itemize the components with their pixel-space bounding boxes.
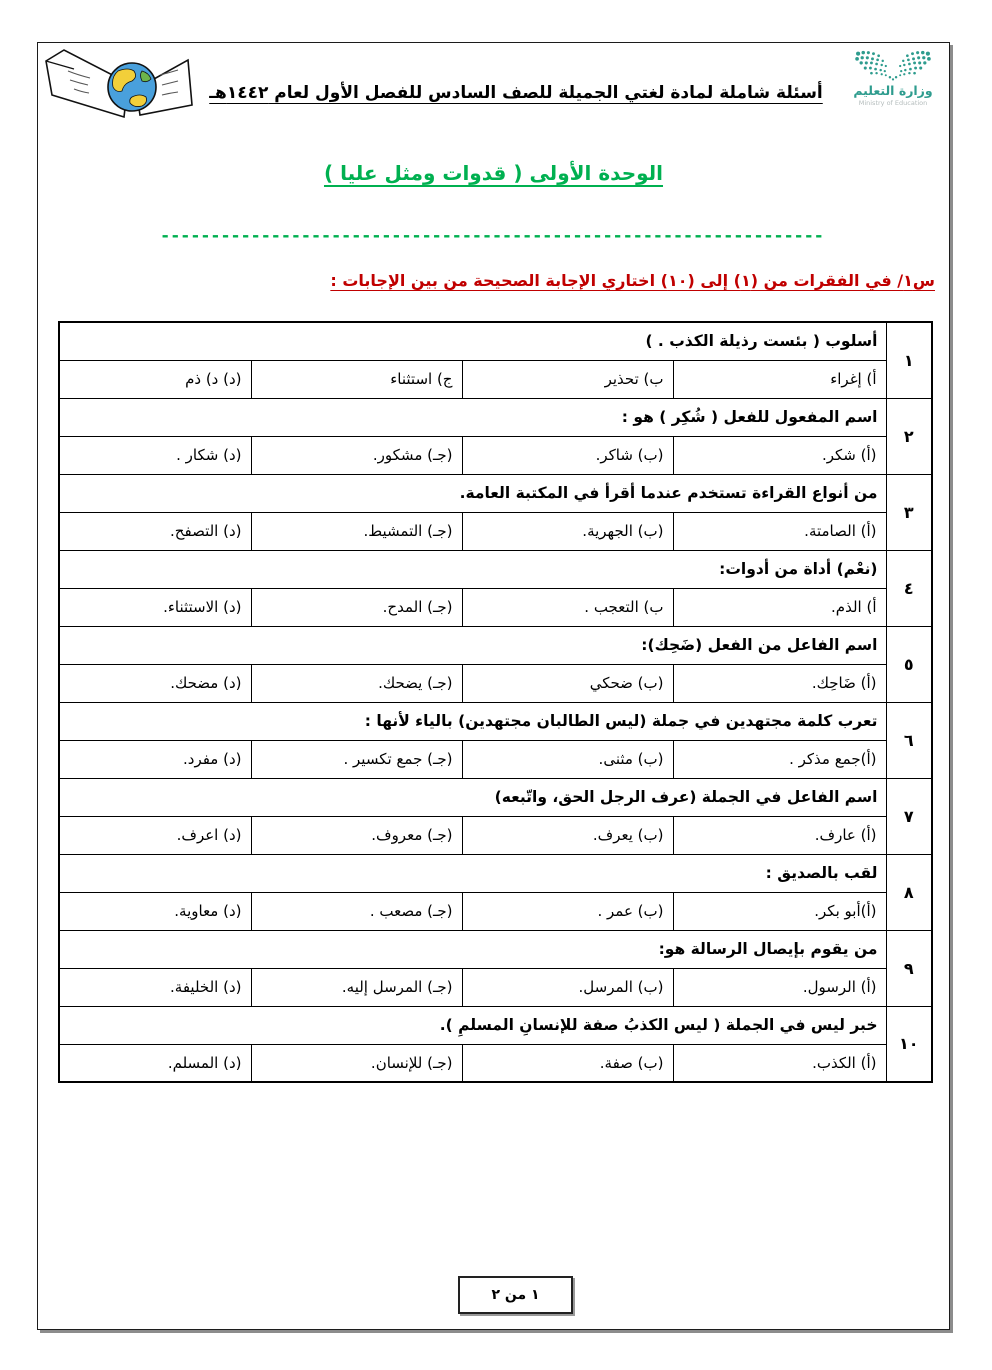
divider-dashes: ----------------------------------------… <box>38 226 949 246</box>
answer-option: (جـ) مصعب . <box>251 892 462 930</box>
unit-title: الوحدة الأولى ( قدوات ومثل عليا ) <box>38 161 949 185</box>
options-row: (أ) الرسول.(ب) المرسل.(جـ) المرسل إليه.(… <box>59 968 932 1006</box>
answer-option: (ب) مثنى. <box>462 740 673 778</box>
ministry-name-arabic: وزارة التعليم <box>845 83 941 99</box>
question-text: اسم الفاعل من الفعل (ضَحِك): <box>59 626 886 664</box>
options-row: (أ) عارف.(ب) يعرف.(جـ) معروف.(د) اعرف. <box>59 816 932 854</box>
answer-option: (ب) عمر . <box>462 892 673 930</box>
answer-option: (جـ) معروف. <box>251 816 462 854</box>
answer-option: (أ)جمع مذكر . <box>673 740 886 778</box>
document-title: أسئلة شاملة لمادة لغتي الجميلة للصف السا… <box>178 83 854 103</box>
question-number: ٨ <box>886 854 932 930</box>
answer-option: (جـ) المرسل إليه. <box>251 968 462 1006</box>
options-row: (أ) ضَاحِك.(ب) ضحكي(جـ) يضحك.(د) مضحك. <box>59 664 932 702</box>
questions-table: ١أسلوب ( بئست رذيلة الكذب . )أ) إغراءب) … <box>58 321 933 1083</box>
answer-option: (ب) صفة. <box>462 1044 673 1082</box>
options-row: (أ)جمع مذكر .(ب) مثنى.(جـ) جمع تكسير .(د… <box>59 740 932 778</box>
question-text: لقب بالصديق : <box>59 854 886 892</box>
answer-option: (د) مضحك. <box>59 664 251 702</box>
question-number: ٢ <box>886 398 932 474</box>
question-row: ٢اسم المفعول للفعل ( شُكِر ) هو : <box>59 398 932 436</box>
answer-option: (د) الخليفة. <box>59 968 251 1006</box>
page-number-label: ١ من ٢ <box>491 1287 539 1303</box>
options-row: أ) إغراءب) تحذيرج) استثناء(د) د) ذم <box>59 360 932 398</box>
answer-option: (جـ) التمشيط. <box>251 512 462 550</box>
question-row: ١أسلوب ( بئست رذيلة الكذب . ) <box>59 322 932 360</box>
question-row: ٩من يقوم بإيصال الرسالة هو: <box>59 930 932 968</box>
moe-dotted-emblem-icon <box>854 49 932 83</box>
answer-option: (أ) عارف. <box>673 816 886 854</box>
question-row: ٧اسم الفاعل في الجملة (عرف الرجل الحق، و… <box>59 778 932 816</box>
page-number-box: ١ من ٢ <box>458 1276 573 1314</box>
answer-option: (د) المسلم. <box>59 1044 251 1082</box>
answer-option: (جـ) يضحك. <box>251 664 462 702</box>
question-text: (نعْم) أداة من أدوات: <box>59 550 886 588</box>
ministry-of-education-logo: وزارة التعليم Ministry of Education <box>845 49 941 108</box>
question-number: ١٠ <box>886 1006 932 1082</box>
question-number: ١ <box>886 322 932 398</box>
question-number: ٧ <box>886 778 932 854</box>
answer-option: (أ) الكذب. <box>673 1044 886 1082</box>
school-globe-icon <box>44 45 196 137</box>
options-row: أ) الذم.ب) التعجب .(جـ) المدح.(د) الاستث… <box>59 588 932 626</box>
answer-option: (ب) ضحكي <box>462 664 673 702</box>
answer-option: (أ) الرسول. <box>673 968 886 1006</box>
answer-option: (د) شكار . <box>59 436 251 474</box>
question-row: ٦تعرب كلمة مجتهدين في جملة (ليس الطالبان… <box>59 702 932 740</box>
answer-option: (ب) شاكر. <box>462 436 673 474</box>
answer-option: (د) معاوية. <box>59 892 251 930</box>
answer-option: (أ) الصامتة. <box>673 512 886 550</box>
document-page: أسئلة شاملة لمادة لغتي الجميلة للصف السا… <box>37 42 950 1330</box>
question-text: اسم الفاعل في الجملة (عرف الرجل الحق، وا… <box>59 778 886 816</box>
answer-option: (د) اعرف. <box>59 816 251 854</box>
question-number: ٩ <box>886 930 932 1006</box>
answer-option: (جـ) مشكور. <box>251 436 462 474</box>
options-row: (أ)أبو بكر.(ب) عمر .(جـ) مصعب .(د) معاوي… <box>59 892 932 930</box>
answer-option: (ب) الجهرية. <box>462 512 673 550</box>
options-row: (أ) الكذب.(ب) صفة.(جـ) للإنسان.(د) المسل… <box>59 1044 932 1082</box>
section-heading: س١/ في الفقرات من (١) إلى (١٠) اختاري ال… <box>330 271 935 290</box>
answer-option: (جـ) المدح. <box>251 588 462 626</box>
answer-option: (د) مفرد. <box>59 740 251 778</box>
question-row: ٣من أنواع القراءة تستخدم عندما أقرأ في ا… <box>59 474 932 512</box>
question-text: من أنواع القراءة تستخدم عندما أقرأ في ال… <box>59 474 886 512</box>
answer-option: ب) تحذير <box>462 360 673 398</box>
answer-option: (د) د) ذم <box>59 360 251 398</box>
school-logo <box>44 45 196 137</box>
answer-option: ب) التعجب . <box>462 588 673 626</box>
question-row: ٤(نعْم) أداة من أدوات: <box>59 550 932 588</box>
question-text: تعرب كلمة مجتهدين في جملة (ليس الطالبان … <box>59 702 886 740</box>
answer-option: (أ) ضَاحِك. <box>673 664 886 702</box>
question-number: ٦ <box>886 702 932 778</box>
answer-option: أ) الذم. <box>673 588 886 626</box>
question-row: ٥اسم الفاعل من الفعل (ضَحِك): <box>59 626 932 664</box>
answer-option: (ب) المرسل. <box>462 968 673 1006</box>
options-row: (أ) شكر.(ب) شاكر.(جـ) مشكور.(د) شكار . <box>59 436 932 474</box>
answer-option: (جـ) للإنسان. <box>251 1044 462 1082</box>
answer-option: (د) التصفح. <box>59 512 251 550</box>
answer-option: ج) استثناء <box>251 360 462 398</box>
answer-option: (أ)أبو بكر. <box>673 892 886 930</box>
answer-option: أ) إغراء <box>673 360 886 398</box>
question-text: من يقوم بإيصال الرسالة هو: <box>59 930 886 968</box>
answer-option: (أ) شكر. <box>673 436 886 474</box>
options-row: (أ) الصامتة.(ب) الجهرية.(جـ) التمشيط.(د)… <box>59 512 932 550</box>
question-number: ٤ <box>886 550 932 626</box>
answer-option: (جـ) جمع تكسير . <box>251 740 462 778</box>
question-row: ١٠خبر ليس في الجملة ( ليس الكذبُ صفة للإ… <box>59 1006 932 1044</box>
answer-option: (ب) يعرف. <box>462 816 673 854</box>
answer-option: (د) الاستثناء. <box>59 588 251 626</box>
question-text: اسم المفعول للفعل ( شُكِر ) هو : <box>59 398 886 436</box>
ministry-name-english: Ministry of Education <box>845 99 941 108</box>
question-text: خبر ليس في الجملة ( ليس الكذبُ صفة للإنس… <box>59 1006 886 1044</box>
question-number: ٣ <box>886 474 932 550</box>
question-number: ٥ <box>886 626 932 702</box>
question-text: أسلوب ( بئست رذيلة الكذب . ) <box>59 322 886 360</box>
question-row: ٨لقب بالصديق : <box>59 854 932 892</box>
